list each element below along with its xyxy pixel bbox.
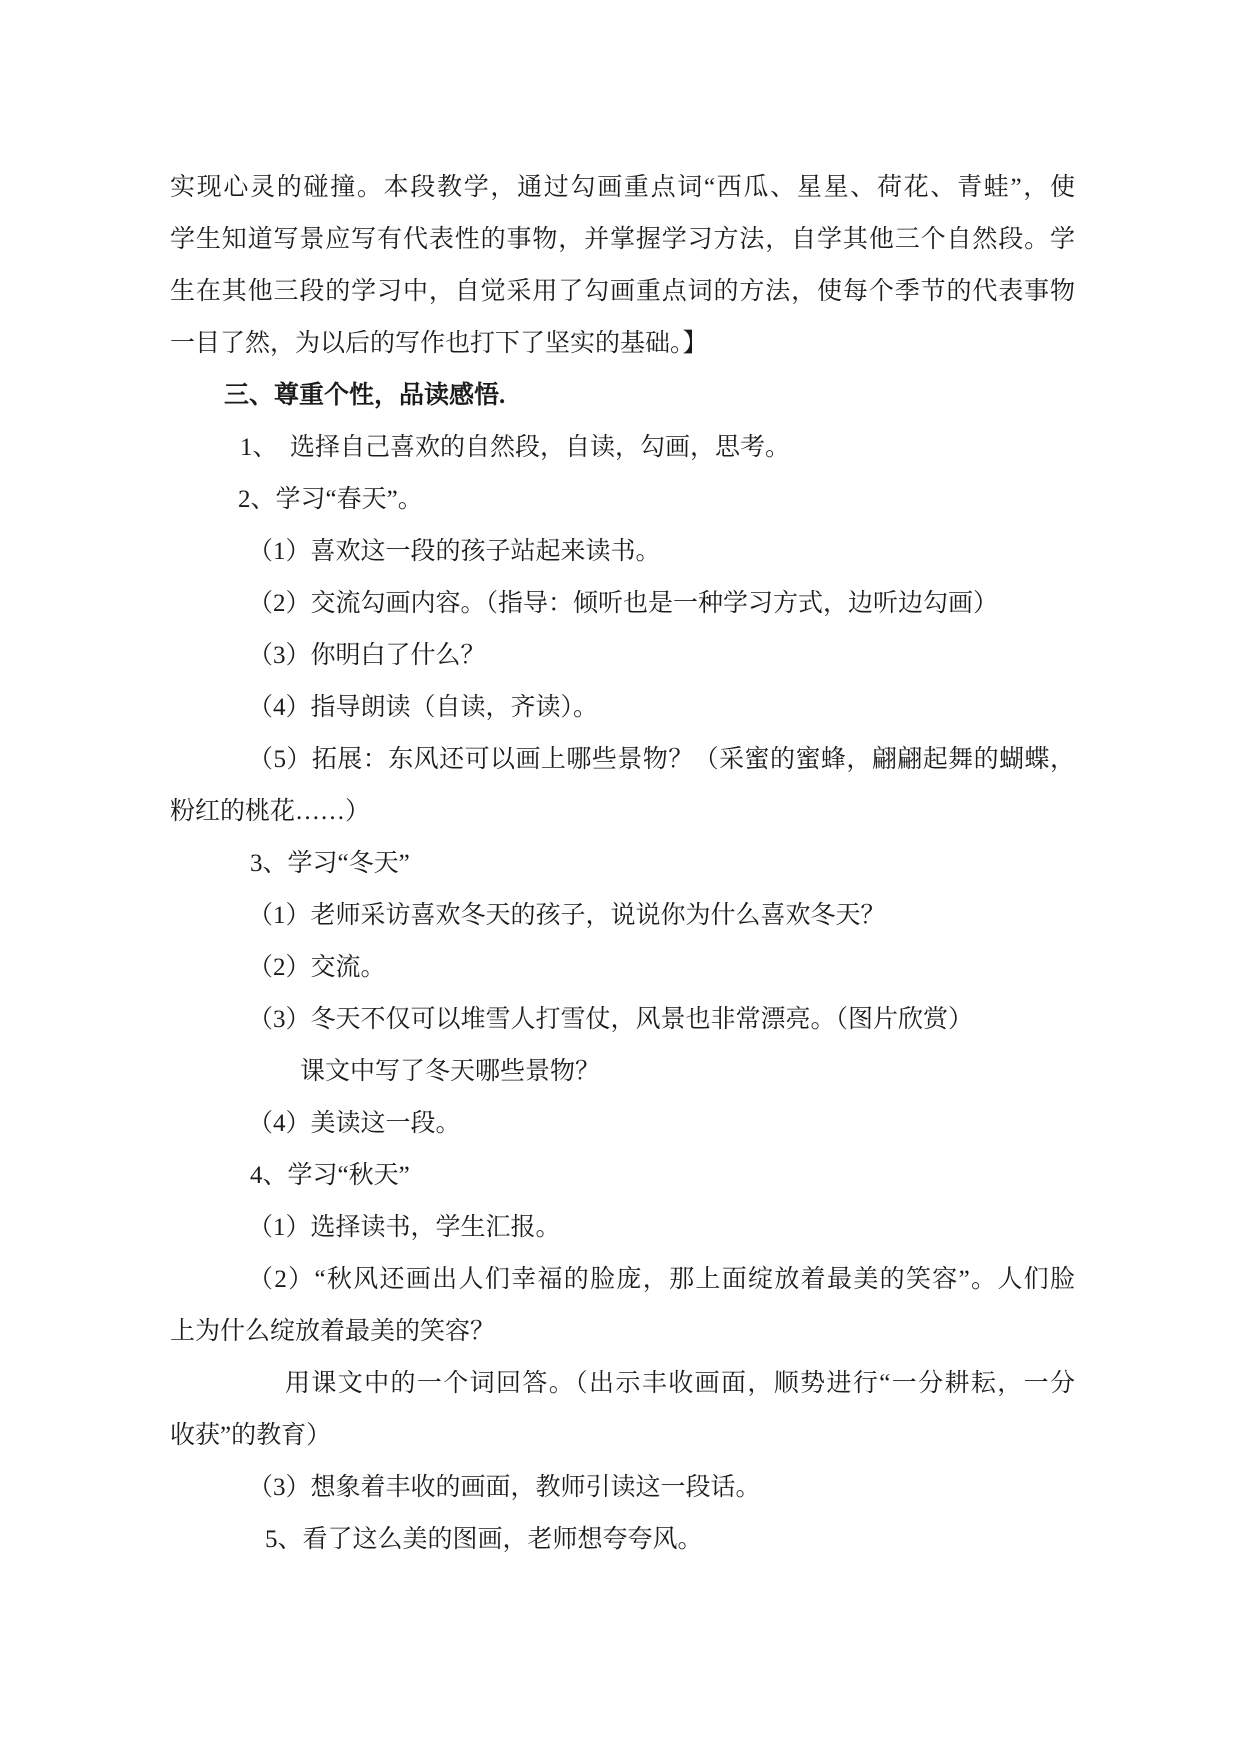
annotation-line: 一目了然，为以后的写作也打下了坚实的基础。】 xyxy=(170,318,1075,370)
autumn-sub-item-line: （2）“秋风还画出人们幸福的脸庞，那上面绽放着最美的笑容”。人们脸 xyxy=(248,1254,1075,1306)
annotation-line: 学生知道写景应写有代表性的事物，并掌握学习方法，自学其他三个自然段。学 xyxy=(170,214,1075,266)
winter-sub-item-line: （3）冬天不仅可以堆雪人打雪仗，风景也非常漂亮。（图片欣赏） xyxy=(248,994,1075,1046)
spring-sub-item-line: 粉红的桃花……） xyxy=(170,786,1075,838)
annotation-line: 生在其他三段的学习中，自觉采用了勾画重点词的方法，使每个季节的代表事物 xyxy=(170,266,1075,318)
spring-sub-item-line: （2）交流勾画内容。（指导：倾听也是一种学习方式，边听边勾画） xyxy=(248,578,1075,630)
spring-sub-item-line: （3）你明白了什么？ xyxy=(248,630,1075,682)
annotation-line: 实现心灵的碰撞。本段教学，通过勾画重点词“西瓜、星星、荷花、青蛙”，使 xyxy=(170,162,1075,214)
autumn-sub-item-line: 上为什么绽放着最美的笑容？ xyxy=(170,1306,1075,1358)
document-page: 实现心灵的碰撞。本段教学，通过勾画重点词“西瓜、星星、荷花、青蛙”，使 学生知道… xyxy=(170,162,1075,1566)
autumn-note-line: 收获”的教育） xyxy=(170,1410,1075,1462)
step-1-line: 1、 选择自己喜欢的自然段，自读，勾画，思考。 xyxy=(240,422,1075,474)
step-3-winter-line: 3、学习“冬天” xyxy=(250,838,1075,890)
spring-sub-item-line: （1）喜欢这一段的孩子站起来读书。 xyxy=(248,526,1075,578)
section-heading: 三、尊重个性，品读感悟. xyxy=(224,370,1075,422)
autumn-sub-item-line: （3）想象着丰收的画面，教师引读这一段话。 xyxy=(248,1462,1075,1514)
autumn-note-line: 用课文中的一个词回答。（出示丰收画面，顺势进行“一分耕耘，一分 xyxy=(285,1358,1075,1410)
spring-sub-item-line: （5）拓展：东风还可以画上哪些景物？（采蜜的蜜蜂，翩翩起舞的蝴蝶， xyxy=(248,734,1075,786)
winter-sub-item-line: （1）老师采访喜欢冬天的孩子，说说你为什么喜欢冬天？ xyxy=(248,890,1075,942)
winter-sub-item-line: （4）美读这一段。 xyxy=(248,1098,1075,1150)
autumn-sub-item-line: （1）选择读书，学生汇报。 xyxy=(248,1202,1075,1254)
spring-sub-item-line: （4）指导朗读（自读，齐读）。 xyxy=(248,682,1075,734)
step-2-spring-line: 2、学习“春天”。 xyxy=(238,474,1075,526)
winter-question-line: 课文中写了冬天哪些景物？ xyxy=(300,1046,1075,1098)
step-4-autumn-line: 4、学习“秋天” xyxy=(250,1150,1075,1202)
winter-sub-item-line: （2）交流。 xyxy=(248,942,1075,994)
step-5-line: 5、看了这么美的图画，老师想夸夸风。 xyxy=(265,1514,1075,1566)
